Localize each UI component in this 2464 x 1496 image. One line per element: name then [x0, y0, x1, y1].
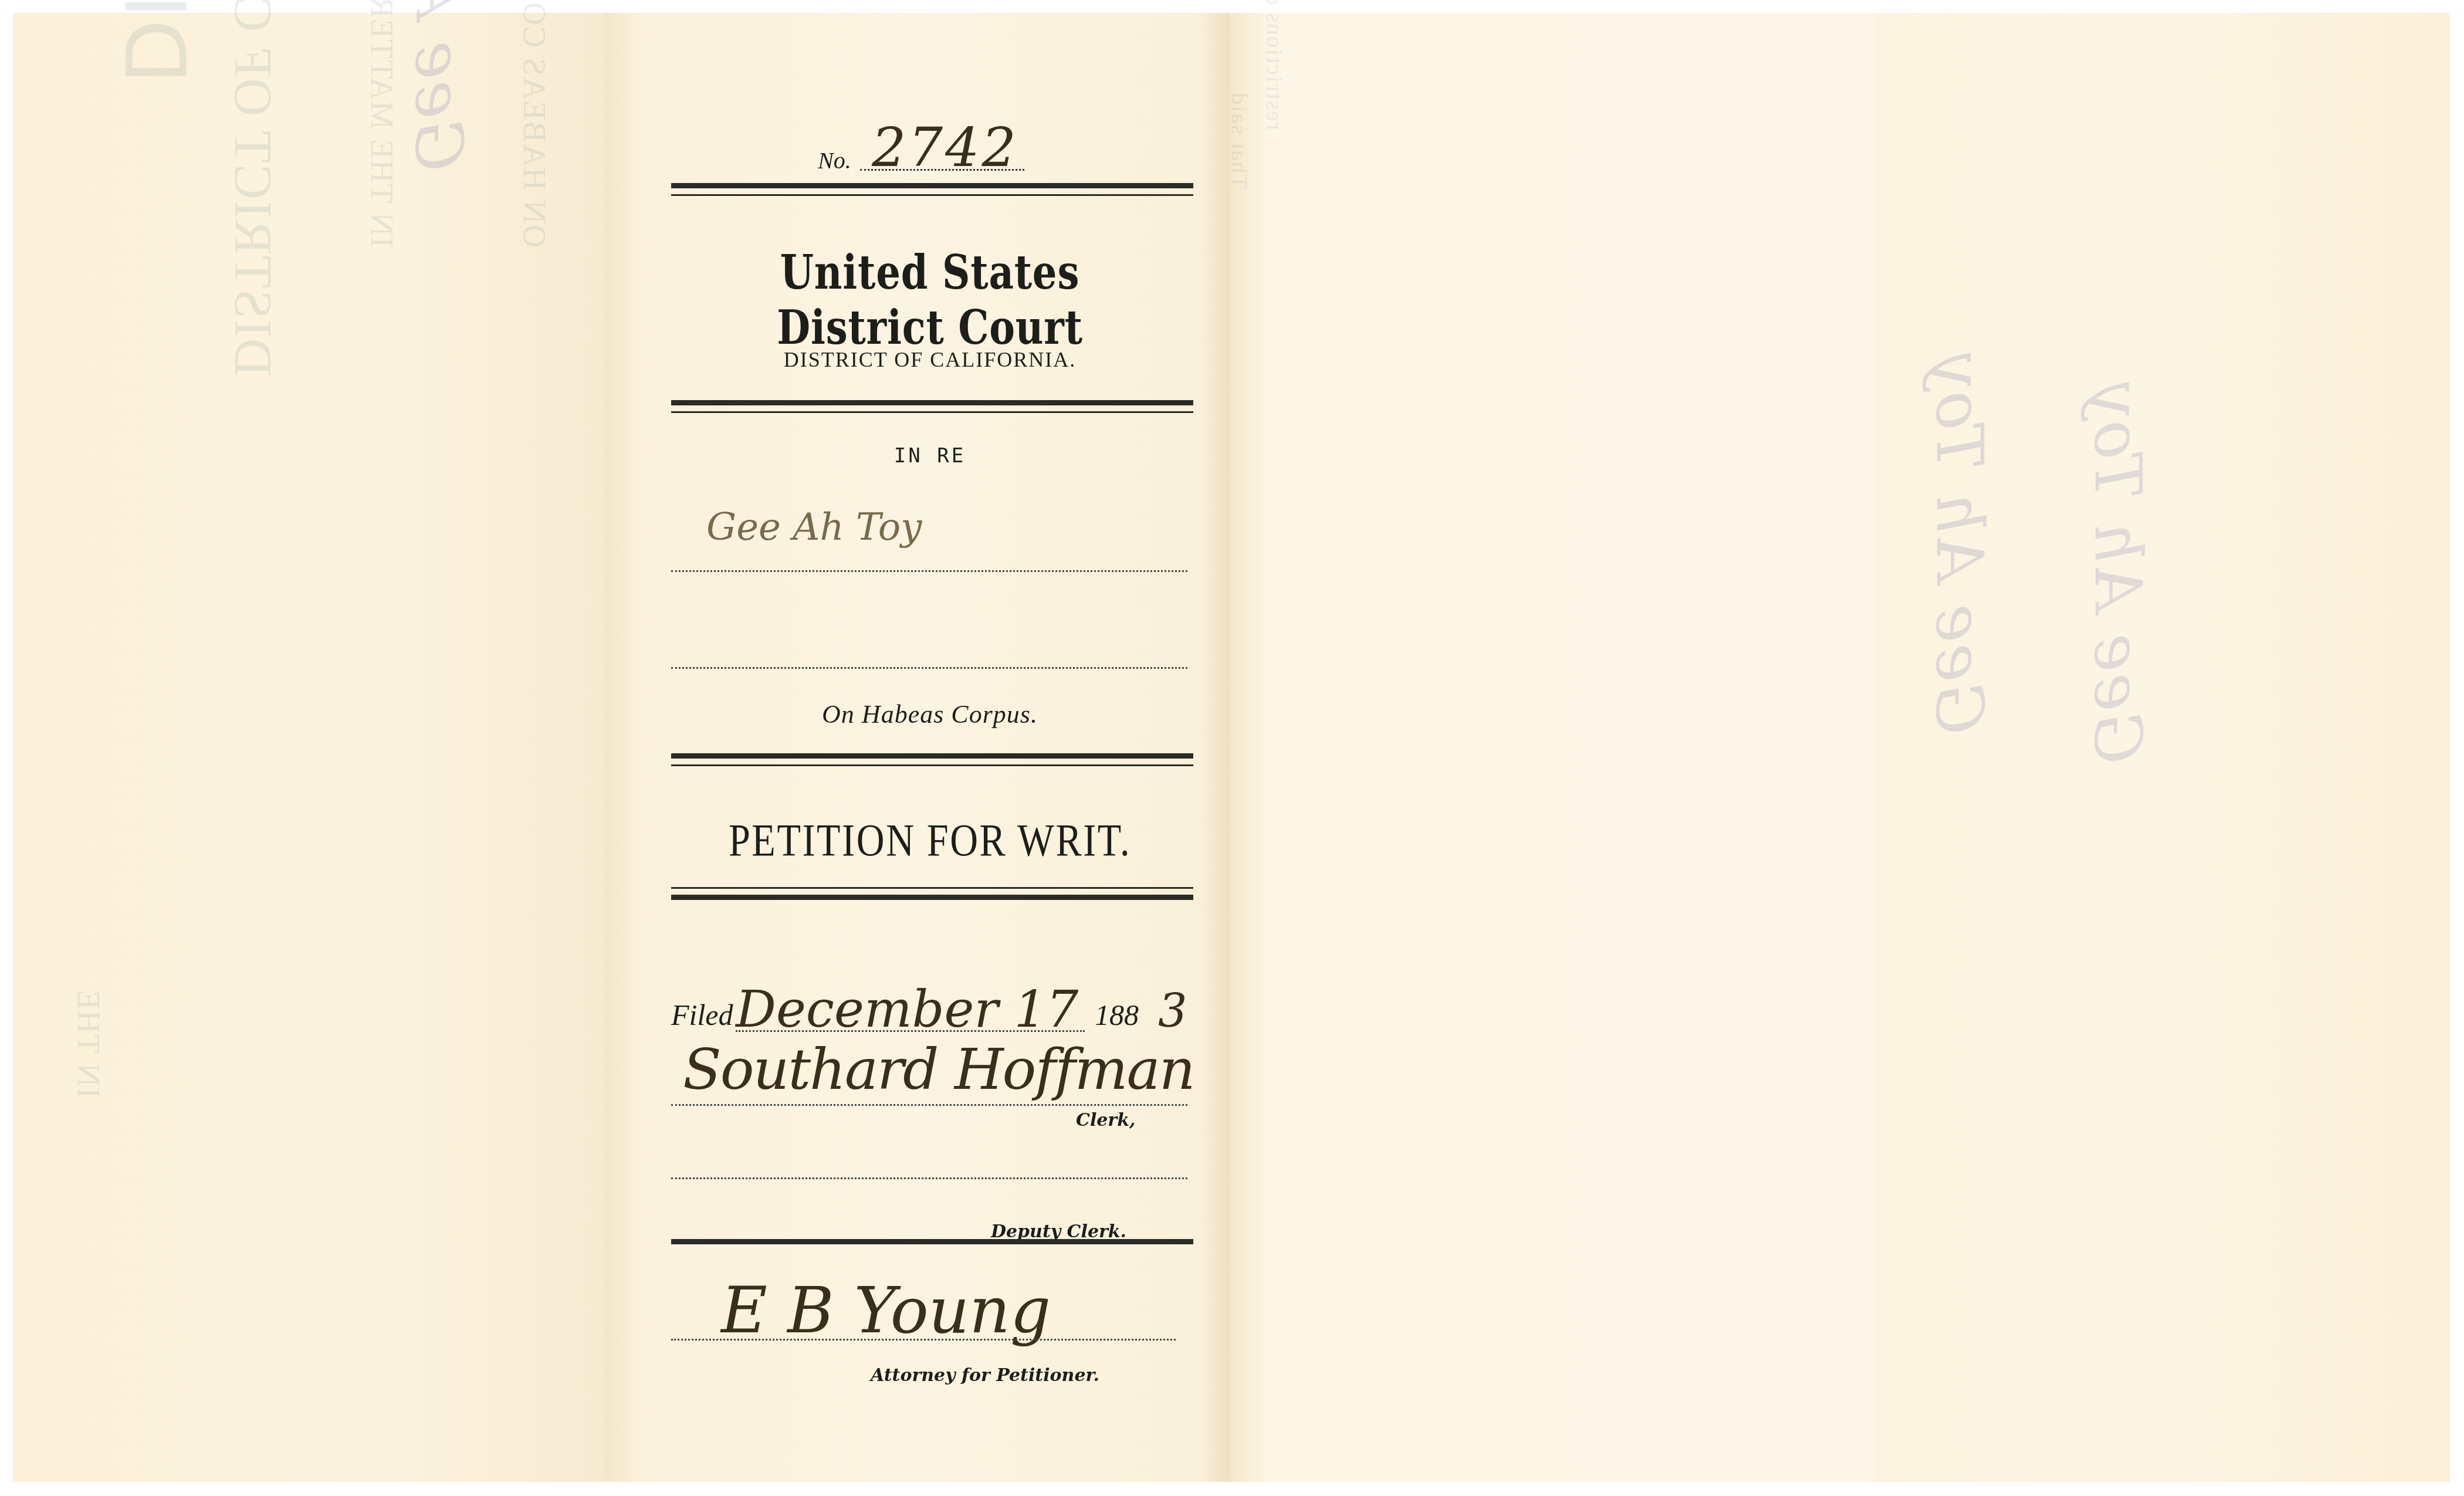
filed-label: Filed: [671, 998, 733, 1032]
district-name: DISTRICT OF CALIFORNIA.: [665, 347, 1194, 372]
bleed-through-handwriting: Gee Ah Toy: [1922, 353, 1997, 735]
blank-line: [671, 667, 1187, 669]
in-re-label: IN RE: [665, 444, 1194, 468]
middle-back-panel: restrictions of said Act, but on the con…: [1230, 13, 1874, 1482]
bleed-through-habeas: ON HABEAS CORPUS.: [516, 0, 553, 248]
proceeding-type: On Habeas Corpus.: [665, 699, 1194, 729]
document-sheet: DISTRICT COURT OF THE UNITED STATES IN T…: [13, 13, 2450, 1482]
party-name: Gee Ah Toy: [706, 506, 922, 549]
rule-divider: [671, 183, 1193, 196]
filed-line: Filed December 17 188 3: [671, 978, 1193, 1043]
deputy-clerk-line: [671, 1177, 1187, 1179]
attorney-label: Attorney for Petitioner.: [871, 1365, 1099, 1386]
bleed-through-in-the-matter: IN THE MATTER OF: [364, 0, 400, 248]
party-name-line: [671, 570, 1187, 572]
left-back-panel: DISTRICT COURT OF THE UNITED STATES IN T…: [13, 13, 604, 1482]
bleed-through-handwriting: Gee Ah Toy: [2080, 382, 2155, 764]
bleed-through-body-text: That said: [1226, 92, 1253, 189]
bleed-through-party-name: Gee Ah Toy: [401, 0, 476, 171]
case-number-value: 2742: [872, 116, 1018, 179]
filed-year-prefix: 188: [1095, 998, 1139, 1032]
clerk-line: [671, 1104, 1187, 1106]
cover-content: No. 2742 United States District Court DI…: [665, 13, 1194, 1482]
rule-divider: [671, 753, 1193, 766]
attorney-signature: E B Young: [721, 1274, 1051, 1348]
clerk-signature: Southard Hoffman: [683, 1037, 1194, 1102]
court-title: United States District Court: [713, 245, 1147, 355]
rule-divider: [671, 400, 1193, 413]
clerk-label: Clerk,: [1076, 1110, 1135, 1131]
filed-date: December 17: [736, 980, 1078, 1039]
attorney-line: [671, 1339, 1176, 1341]
bleed-through-district: DISTRICT OF CALIFORNIA: [222, 0, 283, 377]
rule-divider: [671, 1239, 1193, 1244]
case-number-label: No.: [818, 147, 851, 174]
bleed-through-in-the: IN THE: [70, 989, 107, 1098]
bleed-through-body-text: restrictions of said Act, but on the con…: [1261, 0, 1288, 130]
document-title: PETITION FOR WRIT.: [705, 814, 1155, 867]
rule-divider: [671, 887, 1193, 900]
filed-year-digit: 3: [1158, 985, 1187, 1038]
bleed-through-court-title: DISTRICT COURT OF THE UNITED STATES: [105, 0, 207, 83]
case-number: No. 2742: [818, 127, 1170, 180]
right-back-panel: Gee Ah Toy Gee Ah Toy: [1874, 13, 2450, 1482]
